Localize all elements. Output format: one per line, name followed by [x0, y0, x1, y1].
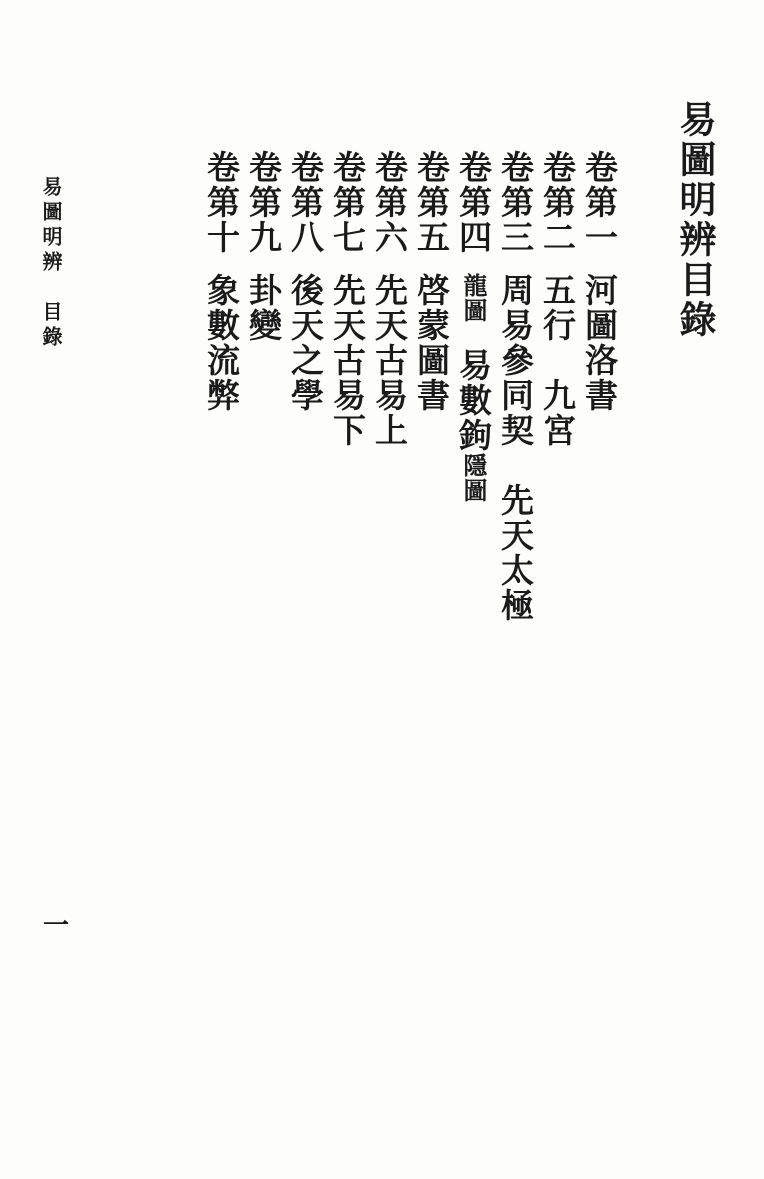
- entry-title: 五行 九宮: [538, 273, 574, 448]
- table-of-contents: 卷第一河圖洛書卷第二五行 九宮卷第三周易參同契 先天太極卷第四龍圖 易數鉤隱圖卷…: [195, 150, 615, 650]
- volume-label: 卷第五: [413, 150, 447, 273]
- entry-title: 河圖洛書: [580, 273, 616, 413]
- entry-title: 先天古易上: [370, 273, 406, 448]
- scanned-book-page: 易圖明辨目錄 卷第一河圖洛書卷第二五行 九宮卷第三周易參同契 先天太極卷第四龍圖…: [0, 0, 764, 1179]
- toc-entry: 卷第十象數流弊: [203, 150, 237, 650]
- page-title: 易圖明辨目錄: [675, 100, 712, 340]
- entry-title: 龍圖: [459, 273, 485, 348]
- toc-entry: 卷第七先天古易下: [329, 150, 363, 650]
- volume-label: 卷第二: [539, 150, 573, 273]
- toc-entry: 卷第九卦變: [245, 150, 279, 650]
- toc-entry: 卷第四龍圖 易數鉤隱圖: [455, 150, 489, 650]
- entry-title: 先天古易下: [328, 273, 364, 448]
- entry-title: 卦變: [244, 273, 280, 343]
- volume-label: 卷第三: [497, 150, 531, 273]
- volume-label: 卷第九: [245, 150, 279, 273]
- entry-title: 啓蒙圖書: [412, 273, 448, 413]
- entry-title: 周易參同契 先天太極: [496, 273, 532, 623]
- toc-entry: 卷第一河圖洛書: [581, 150, 615, 650]
- entry-title: 易數鉤: [454, 348, 490, 453]
- page-number: 一: [43, 905, 69, 942]
- entry-title: 象數流弊: [202, 273, 238, 413]
- toc-entry: 卷第八後天之學: [287, 150, 321, 650]
- volume-label: 卷第八: [287, 150, 321, 273]
- toc-entry: 卷第三周易參同契 先天太極: [497, 150, 531, 650]
- volume-label: 卷第四: [455, 150, 489, 273]
- toc-entry: 卷第六先天古易上: [371, 150, 405, 650]
- entry-title: 後天之學: [286, 273, 322, 413]
- toc-entry: 卷第五啓蒙圖書: [413, 150, 447, 650]
- running-title: 易圖明辨 目錄: [40, 176, 60, 351]
- volume-label: 卷第一: [581, 150, 615, 273]
- volume-label: 卷第六: [371, 150, 405, 273]
- volume-label: 卷第十: [203, 150, 237, 273]
- volume-label: 卷第七: [329, 150, 363, 273]
- entry-title: 隱圖: [459, 453, 485, 503]
- toc-entry: 卷第二五行 九宮: [539, 150, 573, 650]
